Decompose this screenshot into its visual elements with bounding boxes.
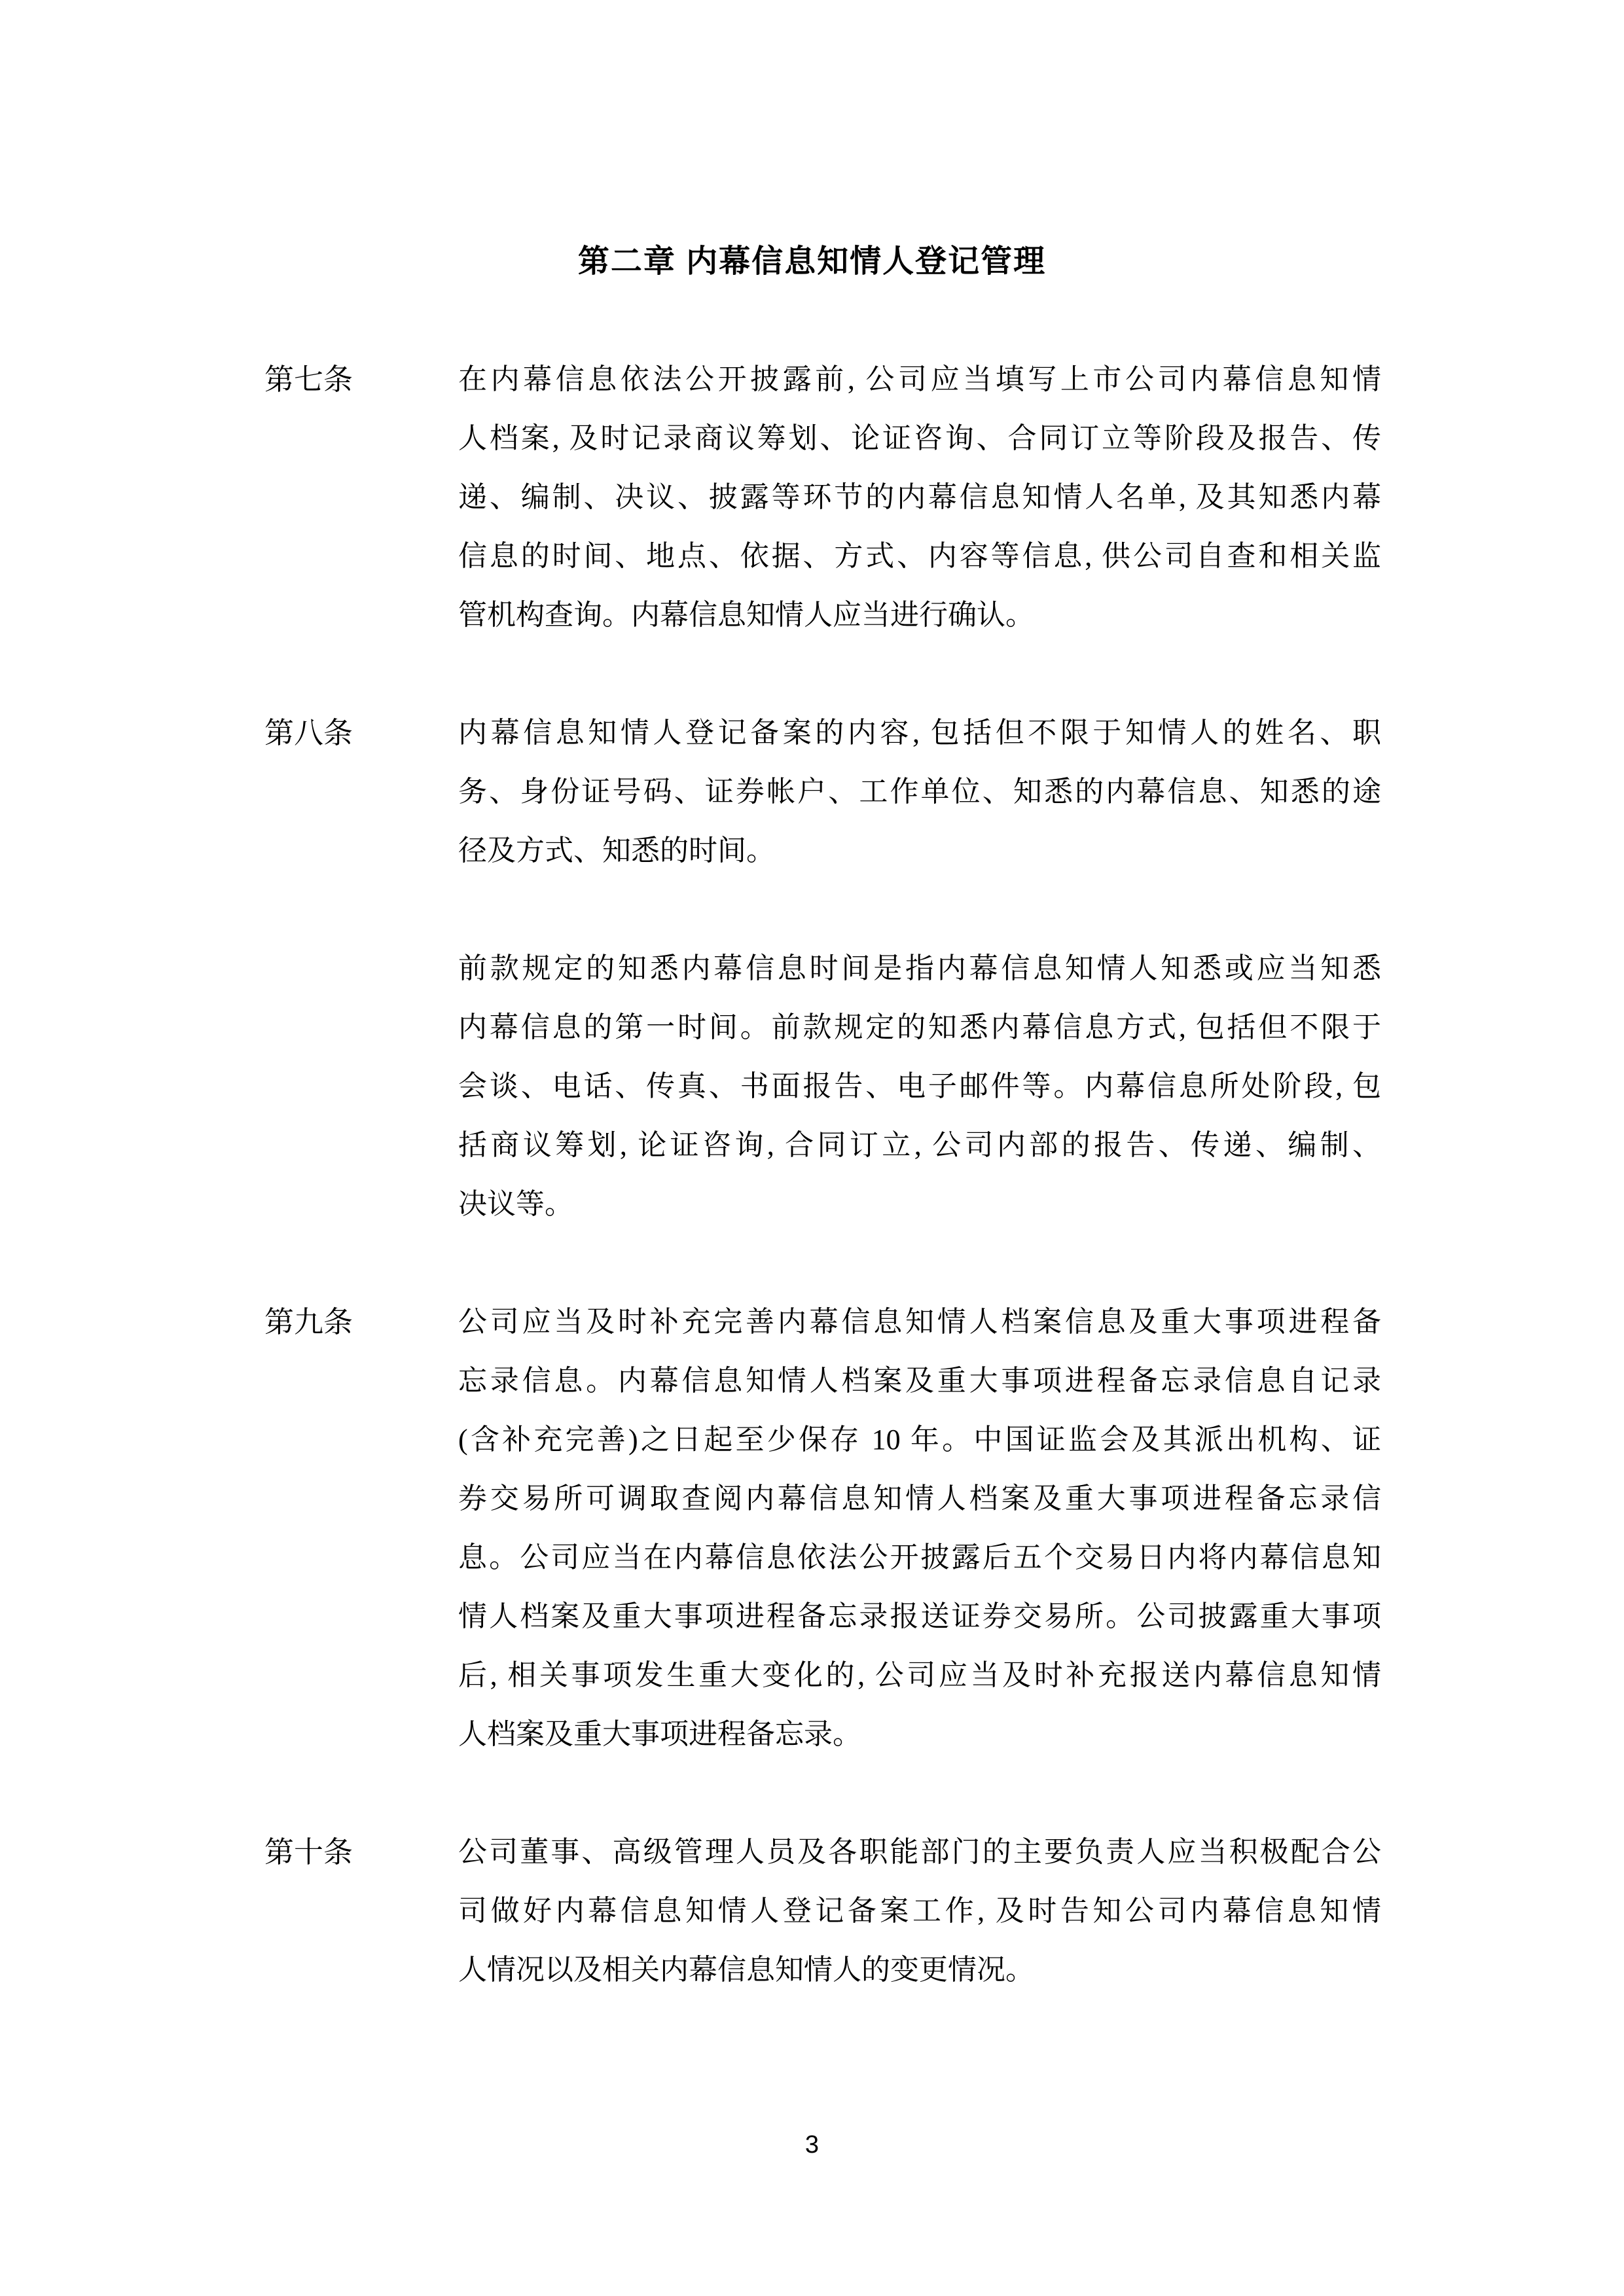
text-line: 管机构查询。内幕信息知情人应当进行确认。 — [458, 586, 1381, 645]
text-line: 后, 相关事项发生重大变化的, 公司应当及时补充报送内幕信息知情 — [458, 1646, 1381, 1705]
text-line: 内幕信息的第一时间。前款规定的知悉内幕信息方式, 包括但不限于 — [458, 998, 1381, 1057]
article-body: 公司应当及时补充完善内幕信息知情人档案信息及重大事项进程备忘录信息。内幕信息知情… — [458, 1293, 1381, 1764]
article-body: 内幕信息知情人登记备案的内容, 包括但不限于知情人的姓名、职务、身份证号码、证券… — [458, 704, 1381, 1234]
article-body: 公司董事、高级管理人员及各职能部门的主要负责人应当积极配合公司做好内幕信息知情人… — [458, 1823, 1381, 2000]
text-line: 人档案及重大事项进程备忘录。 — [458, 1705, 1381, 1764]
article-body: 在内幕信息依法公开披露前, 公司应当填写上市公司内幕信息知情人档案, 及时记录商… — [458, 350, 1381, 645]
text-line: 人情况以及相关内幕信息知情人的变更情况。 — [458, 1941, 1381, 2000]
articles-container: 第七条在内幕信息依法公开披露前, 公司应当填写上市公司内幕信息知情人档案, 及时… — [0, 0, 1624, 2296]
text-line: 公司应当及时补充完善内幕信息知情人档案信息及重大事项进程备 — [458, 1293, 1381, 1352]
text-line: 径及方式、知悉的时间。 — [458, 821, 1381, 880]
text-line: 内幕信息知情人登记备案的内容, 包括但不限于知情人的姓名、职 — [458, 704, 1381, 762]
paragraph: 公司董事、高级管理人员及各职能部门的主要负责人应当积极配合公司做好内幕信息知情人… — [458, 1823, 1381, 2000]
text-line: 公司董事、高级管理人员及各职能部门的主要负责人应当积极配合公 — [458, 1823, 1381, 1882]
article-number: 第八条 — [264, 704, 353, 762]
text-line: 忘录信息。内幕信息知情人档案及重大事项进程备忘录信息自记录 — [458, 1352, 1381, 1410]
paragraph: 前款规定的知悉内幕信息时间是指内幕信息知情人知悉或应当知悉内幕信息的第一时间。前… — [458, 939, 1381, 1234]
paragraph: 在内幕信息依法公开披露前, 公司应当填写上市公司内幕信息知情人档案, 及时记录商… — [458, 350, 1381, 645]
page-number: 3 — [0, 2128, 1624, 2161]
text-line: 会谈、电话、传真、书面报告、电子邮件等。内幕信息所处阶段, 包 — [458, 1057, 1381, 1116]
article-number: 第七条 — [264, 350, 353, 409]
article-number: 第十条 — [264, 1823, 353, 1882]
article-number: 第九条 — [264, 1293, 353, 1352]
text-line: 括商议筹划, 论证咨询, 合同订立, 公司内部的报告、传递、编制、 — [458, 1116, 1381, 1175]
paragraph: 内幕信息知情人登记备案的内容, 包括但不限于知情人的姓名、职务、身份证号码、证券… — [458, 704, 1381, 880]
text-line: 人档案, 及时记录商议筹划、论证咨询、合同订立等阶段及报告、传 — [458, 409, 1381, 468]
paragraph: 公司应当及时补充完善内幕信息知情人档案信息及重大事项进程备忘录信息。内幕信息知情… — [458, 1293, 1381, 1764]
text-line: 务、身份证号码、证券帐户、工作单位、知悉的内幕信息、知悉的途 — [458, 762, 1381, 821]
text-line: 决议等。 — [458, 1175, 1381, 1234]
text-line: 司做好内幕信息知情人登记备案工作, 及时告知公司内幕信息知情 — [458, 1882, 1381, 1941]
document-page: 第二章 内幕信息知情人登记管理 第七条在内幕信息依法公开披露前, 公司应当填写上… — [0, 0, 1624, 2296]
text-line: (含补充完善)之日起至少保存 10 年。中国证监会及其派出机构、证 — [458, 1410, 1381, 1469]
text-line: 前款规定的知悉内幕信息时间是指内幕信息知情人知悉或应当知悉 — [458, 939, 1381, 998]
text-line: 券交易所可调取查阅内幕信息知情人档案及重大事项进程备忘录信 — [458, 1469, 1381, 1528]
text-line: 息。公司应当在内幕信息依法公开披露后五个交易日内将内幕信息知 — [458, 1528, 1381, 1587]
text-line: 递、编制、决议、披露等环节的内幕信息知情人名单, 及其知悉内幕 — [458, 468, 1381, 527]
text-line: 情人档案及重大事项进程备忘录报送证券交易所。公司披露重大事项 — [458, 1587, 1381, 1646]
text-line: 信息的时间、地点、依据、方式、内容等信息, 供公司自查和相关监 — [458, 527, 1381, 586]
text-line: 在内幕信息依法公开披露前, 公司应当填写上市公司内幕信息知情 — [458, 350, 1381, 409]
